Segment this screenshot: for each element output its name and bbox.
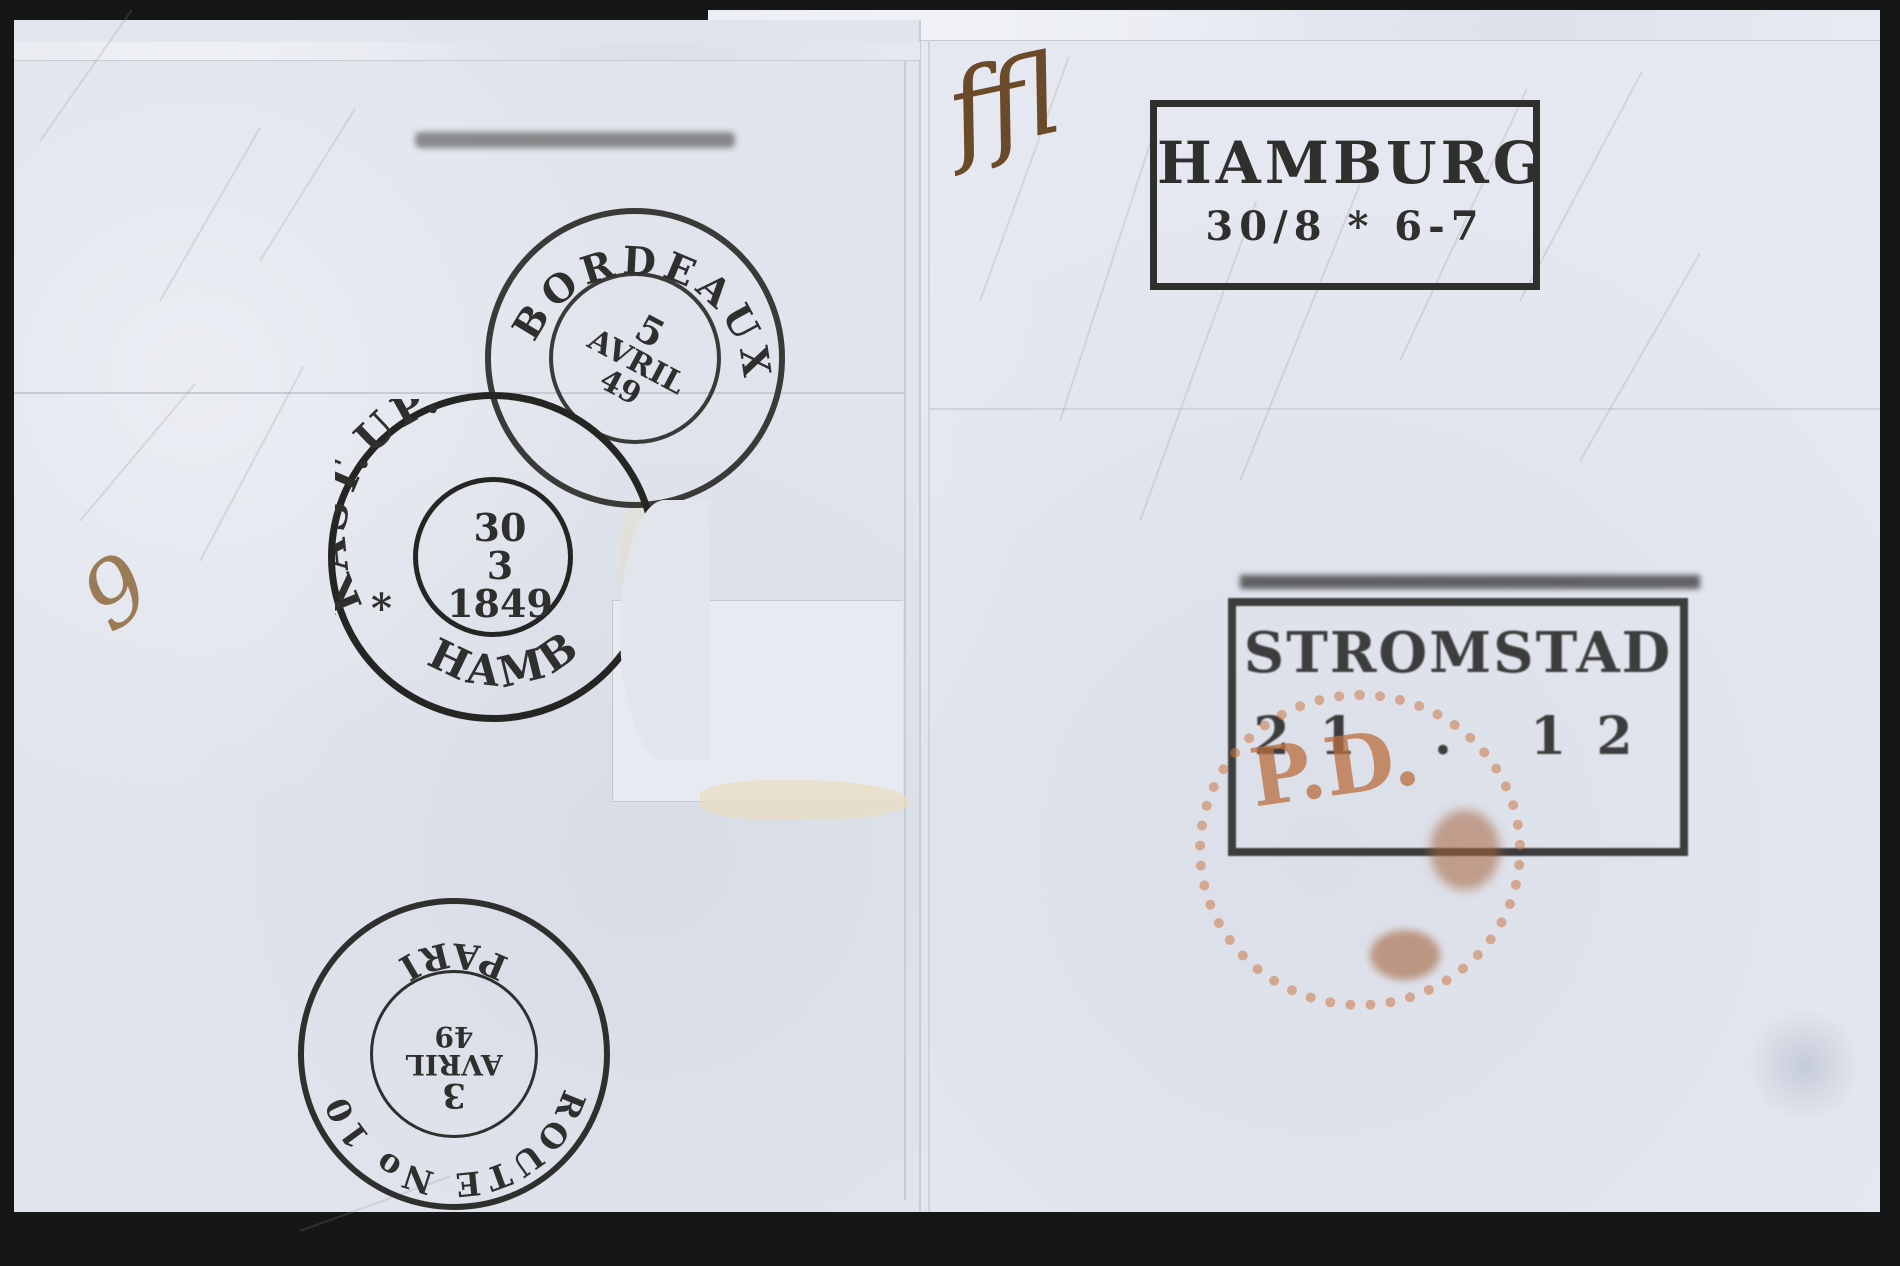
paris-month: AVRIL [400, 1050, 508, 1078]
paris-day: 3 [400, 1078, 508, 1112]
kastrup-line2: 3 [445, 547, 555, 585]
red-ink-blot [1430, 810, 1500, 890]
stromstad-smudge [1240, 575, 1700, 589]
paper-stain [1745, 1010, 1865, 1120]
kastrup-postmark: KAST.UP. HAMB. * 30 3 1849 [328, 392, 658, 722]
inner-fold-flap [14, 42, 920, 61]
cover-cutout [620, 500, 710, 760]
paper-tear [700, 780, 910, 820]
panel-edge [928, 40, 930, 1212]
paris-route-postmark: PARIS ROUTE No 10 3 AVRIL 49 [298, 898, 610, 1210]
stromstad-postmark-town: STROMSTAD [1236, 620, 1680, 686]
kastrup-line1: 30 [445, 509, 555, 547]
hamburg-postmark: HAMBURG 30/8 * 6-7 [1150, 100, 1540, 290]
kastrup-ornament: * [371, 589, 392, 629]
hamburg-postmark-town: HAMBURG [1157, 129, 1533, 197]
smudged-cancel-mark [415, 132, 735, 148]
paris-year: 49 [400, 1022, 508, 1050]
red-ink-blot [1370, 930, 1440, 980]
kastrup-line3: 1849 [445, 585, 555, 623]
hamburg-postmark-date: 30/8 * 6-7 [1157, 203, 1533, 250]
postal-cover-photo: ffl 9 HAMBURG 30/8 * 6-7 BORDEAUX 5 AVRI… [0, 0, 1900, 1266]
vertical-fold-line [904, 60, 906, 1200]
horizontal-fold-line-right [930, 408, 1880, 410]
